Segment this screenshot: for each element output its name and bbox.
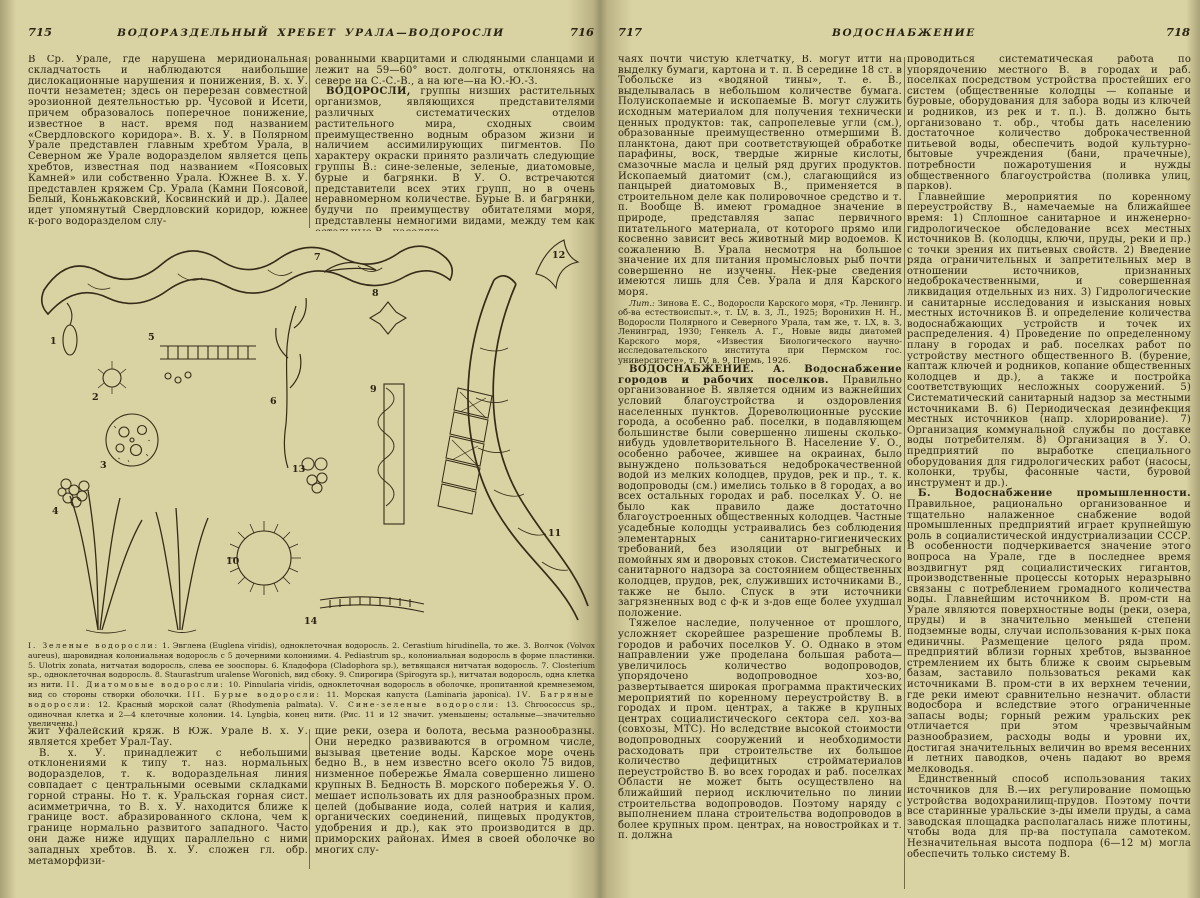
laminaria-frond	[468, 276, 588, 620]
column-715: В Ср. Урале, где нарушена меридиональная…	[28, 55, 308, 229]
entry-term: Б. Водоснабжение промышленности.	[918, 488, 1191, 499]
paragraph: проводиться систематическая работа по уп…	[907, 55, 1191, 193]
running-head-left-page: 715 ВОДОРАЗДЕЛЬНЫЙ ХРЕБЕТ УРАЛА—ВОДОРОСЛ…	[28, 25, 594, 39]
right-page: 717 ВОДОСНАБЖЕНИЕ 718 чаях почти чистую …	[600, 0, 1200, 898]
column-divider	[904, 57, 905, 889]
figure-label: 4	[52, 506, 59, 517]
kelp-ribbon-top	[42, 246, 453, 314]
caption-section-name: V. Сине-зеленые водоросли:	[329, 700, 500, 709]
book-spread: 715 ВОДОРАЗДЕЛЬНЫЙ ХРЕБЕТ УРАЛА—ВОДОРОСЛ…	[0, 0, 1200, 898]
figure-label: 5	[148, 332, 155, 343]
diatom-chain	[438, 388, 492, 514]
paragraph: Тяжелое наследие, полученное от прошлого…	[618, 619, 902, 841]
cladophora-branches	[276, 298, 307, 468]
column-divider	[309, 729, 310, 869]
paragraph: ВОДОСНАБЖЕНИЕ. А. Водоснабжение городов …	[618, 365, 902, 619]
page-number: 717	[618, 25, 642, 39]
paragraph: ВОДОРОСЛИ, группы низших растительных ор…	[315, 87, 595, 231]
paragraph: В Ср. Урале, где нарушена меридиональная…	[28, 55, 308, 228]
column-716: рованными кварцитами и слюдяными сланцам…	[315, 55, 595, 231]
column-716-bottom: щие реки, озера и болота, весьма разнооб…	[315, 727, 595, 893]
figure-label: 14	[304, 616, 318, 627]
paragraph: чаях почти чистую клетчатку, В. могут ит…	[618, 55, 902, 299]
column-715-bottom: жит Уфалейский кряж. В Юж. Урале В. х. У…	[28, 727, 308, 893]
paragraph: Лит.: Зинова Е. С., Водоросли Карского м…	[618, 299, 902, 366]
figure-label: 3	[100, 460, 107, 471]
euglena-cells	[63, 303, 126, 394]
figure-label: 10	[226, 556, 240, 567]
caption-section-name: II. Диатомовые водоросли:	[66, 680, 224, 689]
figure-label: 9	[370, 384, 377, 395]
figure-number-labels: 1 2 3 4 5 6 7 8 9 10 11 12 13 14	[50, 250, 565, 627]
figure-label: 12	[552, 250, 565, 261]
page-number: 715	[28, 25, 52, 39]
figure-label: 8	[372, 288, 379, 299]
caption-section-name: I. Зеленые водоросли:	[28, 641, 159, 650]
lyngbia-filament	[320, 597, 424, 612]
paragraph: жит Уфалейский кряж. В Юж. Урале В. х. У…	[28, 727, 308, 749]
entry-term: Лит.:	[629, 298, 658, 308]
running-title: ВОДОРАЗДЕЛЬНЫЙ ХРЕБЕТ УРАЛА—ВОДОРОСЛИ	[117, 27, 505, 39]
figure-caption: I. Зеленые водоросли: 1. Эвглена (Euglen…	[28, 641, 595, 729]
entry-term: ВОДОРОСЛИ,	[326, 86, 420, 97]
figure-label: 1	[50, 336, 57, 347]
paragraph: В. х. У. принадлежит с небольшими отклон…	[28, 749, 308, 868]
spirogyra-filament	[378, 384, 404, 524]
caption-text: 11. Морская капуста (Laminaria japonica)…	[321, 690, 517, 699]
figure-label: 7	[314, 252, 321, 263]
volvox-colony	[106, 414, 158, 466]
running-title: ВОДОСНАБЖЕНИЕ	[832, 27, 976, 39]
entry-term: ВОДОСНАБЖЕНИЕ. А. Водоснабжение городов …	[618, 364, 902, 386]
pediastrum-plate	[58, 479, 89, 507]
figure-label: 11	[548, 528, 561, 539]
chroococcus-cells	[302, 458, 327, 493]
paragraph: щие реки, озера и болота, весьма разнооб…	[315, 727, 595, 857]
column-717: чаях почти чистую клетчатку, В. могут ит…	[618, 55, 902, 893]
caption-section-name: III. Бурые водоросли:	[187, 690, 321, 699]
column-718: проводиться систематическая работа по уп…	[907, 55, 1191, 893]
grass-tuft-left	[70, 490, 208, 633]
paragraph: Б. Водоснабжение промышленности. Правиль…	[907, 489, 1191, 775]
staurastrum-cell	[370, 302, 406, 334]
rhodymenia-fan	[536, 240, 578, 288]
figure-label: 13	[292, 464, 305, 475]
left-page: 715 ВОДОРАЗДЕЛЬНЫЙ ХРЕБЕТ УРАЛА—ВОДОРОСЛ…	[0, 0, 600, 898]
algae-plate-figure: 1 2 3 4 5 6 7 8 9 10 11 12 13 14	[28, 228, 595, 638]
figure-label: 6	[270, 396, 277, 407]
figure-label: 2	[92, 392, 99, 403]
paragraph: рованными кварцитами и слюдяными сланцам…	[315, 55, 595, 87]
algae-engraving: 1 2 3 4 5 6 7 8 9 10 11 12 13 14	[28, 228, 595, 638]
paragraph: Единственный способ использования таких …	[907, 775, 1191, 860]
page-number: 718	[1166, 25, 1190, 39]
running-head-right-page: 717 ВОДОСНАБЖЕНИЕ 718	[618, 25, 1190, 39]
column-divider	[309, 57, 310, 228]
paragraph: Главнейшие мероприятия по коренному пере…	[907, 193, 1191, 490]
page-number: 716	[570, 25, 594, 39]
ulotrix-filament	[160, 346, 256, 383]
caption-text: 12. Красный морской салат (Rhodymenia pa…	[92, 700, 330, 709]
